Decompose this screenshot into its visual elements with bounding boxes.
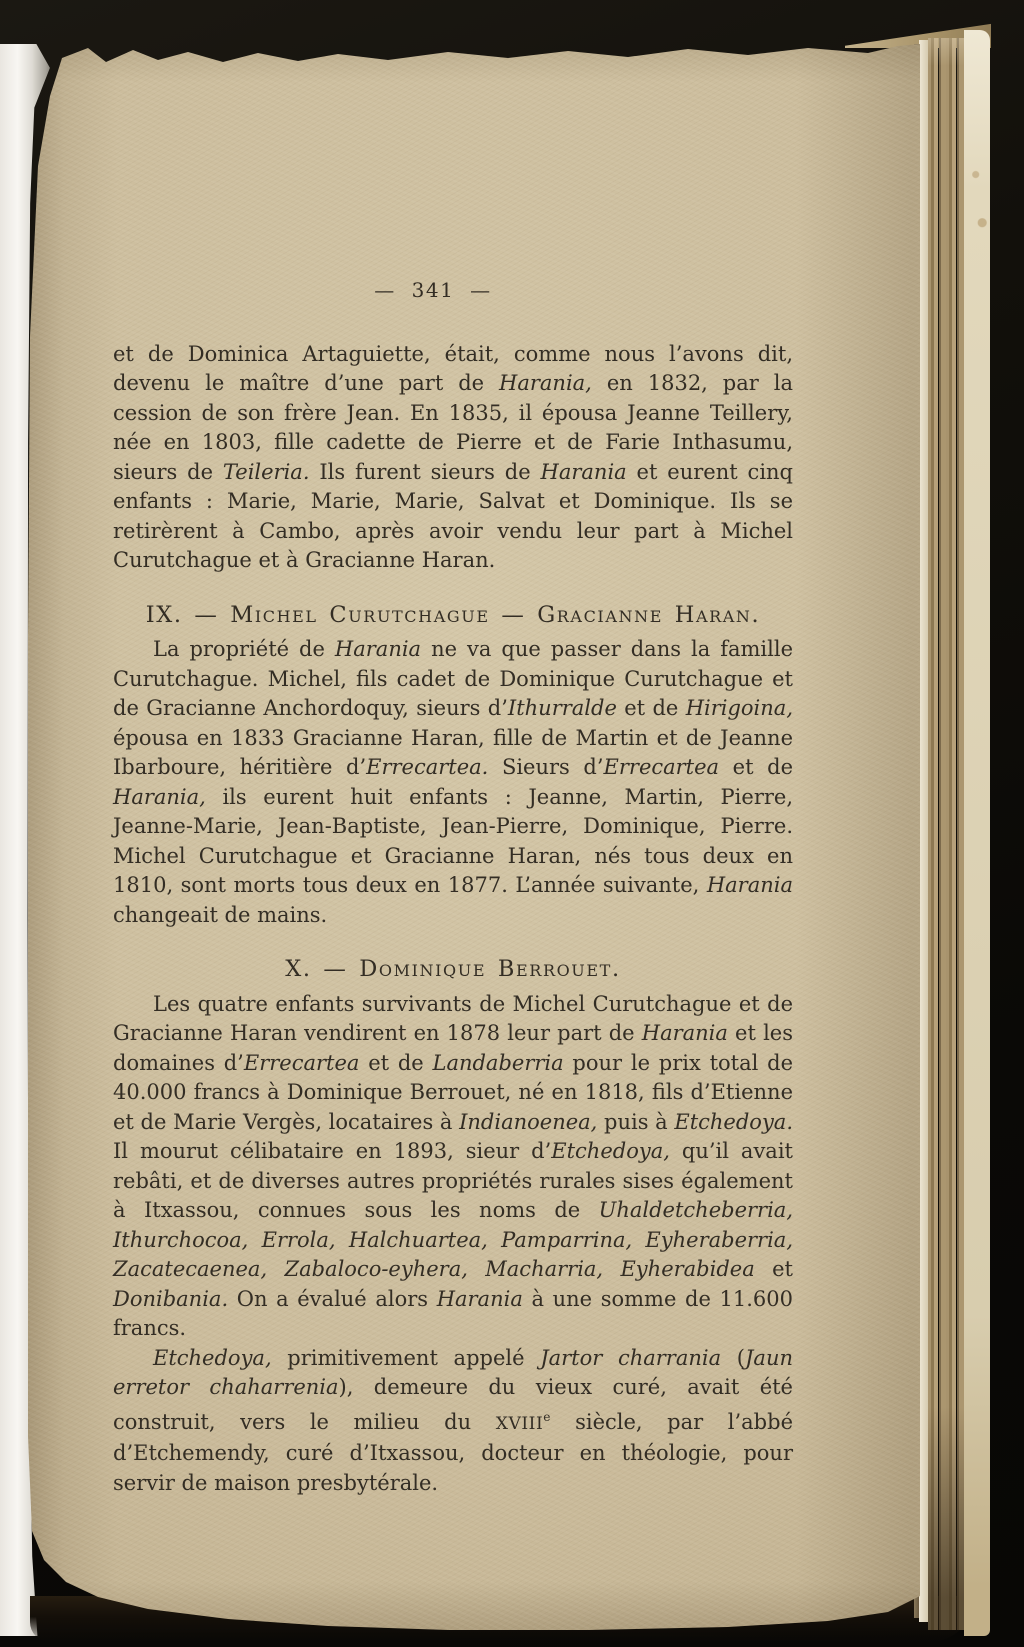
italic-text: Hirigoina, xyxy=(686,696,793,720)
page-stack-fore-edge xyxy=(928,38,964,1630)
italic-text: Teileria. xyxy=(223,460,310,484)
italic-text: Harania xyxy=(437,1287,523,1311)
body-text: et de xyxy=(359,1051,432,1075)
italic-text: Harania xyxy=(335,637,421,661)
italic-text: Indianoenea, xyxy=(459,1110,597,1134)
body-text: et xyxy=(755,1257,793,1281)
body-text: La propriété de xyxy=(153,637,335,661)
body-text: Sieurs d’ xyxy=(488,755,603,779)
italic-text: Landaberria xyxy=(433,1051,564,1075)
paragraph: Les quatre enfants survivants de Michel … xyxy=(113,990,793,1344)
body-text: puis à xyxy=(597,1110,674,1134)
body-text: ( xyxy=(721,1346,745,1370)
body-text: Il mourut célibataire en 1893, sieur d’ xyxy=(113,1139,551,1163)
italic-text: Harania xyxy=(707,873,793,897)
italic-text: Jartor charrania xyxy=(540,1346,721,1370)
page-stack-outer-edge xyxy=(964,30,990,1636)
body-text: et de xyxy=(617,696,686,720)
page-number: — 341 — xyxy=(93,276,773,306)
italic-text: Etchedoya, xyxy=(153,1346,272,1370)
paragraph: La propriété de Harania ne va que passer… xyxy=(113,635,793,930)
italic-text: Harania, xyxy=(113,785,206,809)
body-text: XVIII xyxy=(496,1414,544,1434)
italic-text: Harania xyxy=(642,1021,728,1045)
book-scan: — 341 — et de Dominica Artaguiette, étai… xyxy=(0,0,1024,1647)
paragraph: Etchedoya, primitivement appelé Jartor c… xyxy=(113,1344,793,1499)
section-heading: IX. — Michel Curutchague — Gracianne Har… xyxy=(113,601,793,631)
body-text: Ils furent sieurs de xyxy=(310,460,541,484)
italic-text: Etchedoya, xyxy=(551,1139,670,1163)
body-text: ils eurent huit enfants : Jeanne, Martin… xyxy=(113,785,793,898)
italic-text: Errecartea. xyxy=(366,755,488,779)
section-heading: X. — Dominique Berrouet. xyxy=(113,955,793,985)
italic-text: Errecartea xyxy=(604,755,720,779)
body-text: primitivement appelé xyxy=(272,1346,541,1370)
sections-container: et de Dominica Artaguiette, était, comme… xyxy=(113,340,793,1499)
italic-text: Harania, xyxy=(499,371,592,395)
page-stack-light-band xyxy=(919,40,928,1622)
body-text: e xyxy=(543,1410,550,1424)
page-content: — 341 — et de Dominica Artaguiette, étai… xyxy=(113,276,793,1498)
italic-text: Etchedoya. xyxy=(674,1110,793,1134)
italic-text: Errecartea xyxy=(244,1051,360,1075)
italic-text: Donibania. xyxy=(113,1287,228,1311)
italic-text: Harania xyxy=(541,460,627,484)
paragraph: et de Dominica Artaguiette, était, comme… xyxy=(113,340,793,576)
body-text: et de xyxy=(719,755,793,779)
body-text: changeait de mains. xyxy=(113,903,327,927)
body-text: On a évalué alors xyxy=(228,1287,437,1311)
italic-text: Ithurralde xyxy=(508,696,617,720)
